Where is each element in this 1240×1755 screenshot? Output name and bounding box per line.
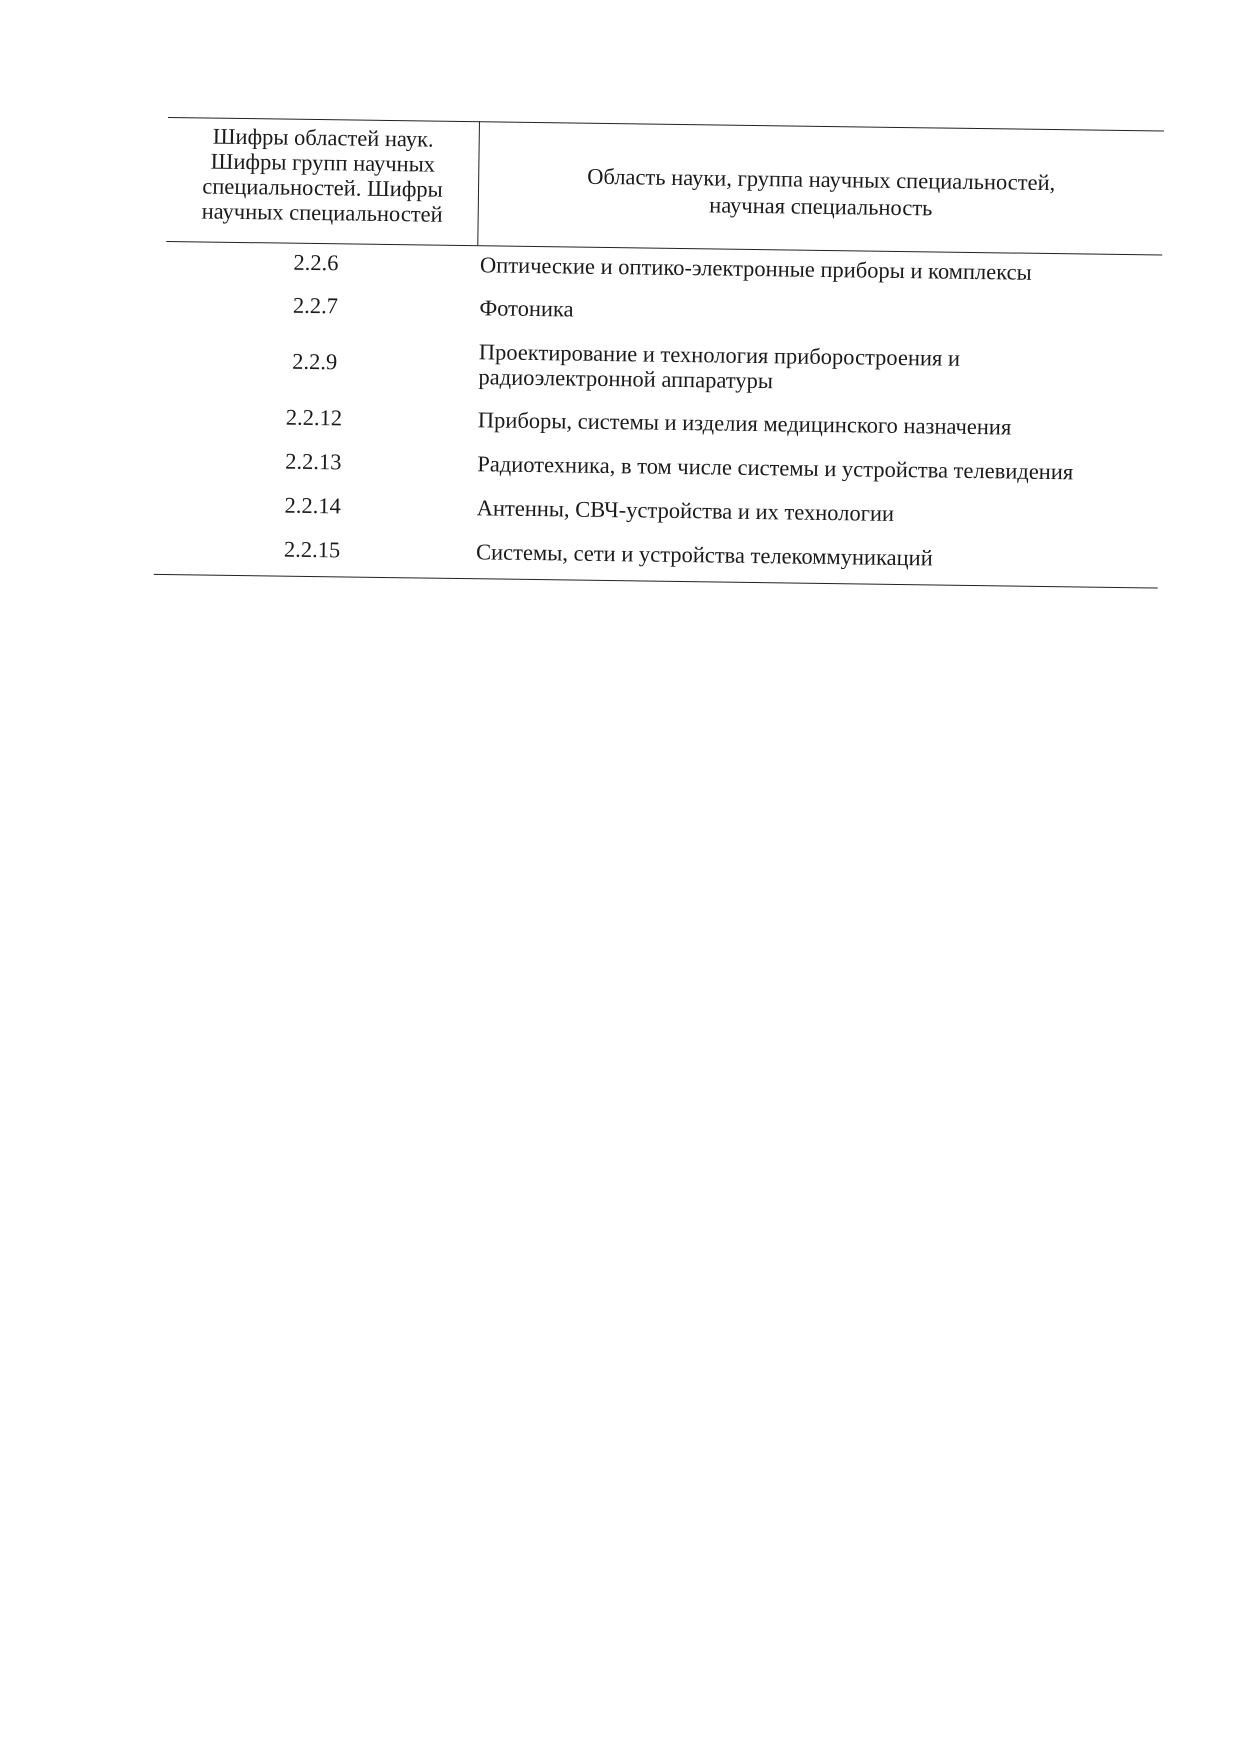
specialties-table: Шифры областей наук. Шифры групп научных… (168, 117, 1164, 131)
header-codes-line: научных специальностей (167, 198, 478, 227)
table-bottom-rule (154, 574, 1158, 589)
table-row: 2.2.12Приборы, системы и изделия медицин… (164, 403, 1160, 417)
specialty-name: Системы, сети и устройства телекоммуника… (476, 539, 1156, 573)
specialty-name-line: Системы, сети и устройства телекоммуника… (476, 539, 1156, 573)
specialty-name: Фотоника (479, 295, 1159, 329)
specialty-name: Радиотехника, в том числе системы и устр… (477, 451, 1157, 485)
header-codes: Шифры областей наук. Шифры групп научных… (167, 123, 479, 227)
table-row: 2.2.14Антенны, СВЧ-устройства и их техно… (163, 491, 1159, 505)
header-name: Область науки, группа научных специально… (479, 161, 1164, 224)
specialty-code: 2.2.15 (222, 536, 402, 563)
specialty-name-line: Радиотехника, в том числе системы и устр… (477, 451, 1157, 485)
specialty-name: Проектирование и технология приборострое… (478, 339, 1159, 398)
specialty-name: Приборы, системы и изделия медицинского … (478, 407, 1158, 441)
specialty-code: 2.2.9 (225, 348, 405, 375)
specialty-name-line: Фотоника (479, 295, 1159, 329)
specialty-code: 2.2.13 (223, 448, 403, 475)
specialty-name: Оптические и оптико-электронные приборы … (480, 252, 1160, 286)
specialty-name-line: Оптические и оптико-электронные приборы … (480, 252, 1160, 286)
specialty-name: Антенны, СВЧ-устройства и их технологии (477, 495, 1157, 529)
specialty-code: 2.2.14 (223, 492, 403, 519)
table-row: 2.2.13Радиотехника, в том числе системы … (164, 447, 1160, 461)
specialty-code: 2.2.12 (224, 404, 404, 431)
specialty-code: 2.2.7 (225, 292, 405, 319)
specialty-name-line: Антенны, СВЧ-устройства и их технологии (477, 495, 1157, 529)
specialty-name-line: Приборы, системы и изделия медицинского … (478, 407, 1158, 441)
table-row: 2.2.15Системы, сети и устройства телеком… (162, 535, 1158, 549)
table-row: 2.2.6Оптические и оптико-электронные при… (166, 248, 1162, 262)
table-row: 2.2.9Проектирование и технология приборо… (165, 335, 1161, 349)
specialty-code: 2.2.6 (226, 249, 406, 276)
document-page: Шифры областей наук. Шифры групп научных… (0, 0, 1240, 1755)
table-row: 2.2.7Фотоника (166, 291, 1162, 305)
